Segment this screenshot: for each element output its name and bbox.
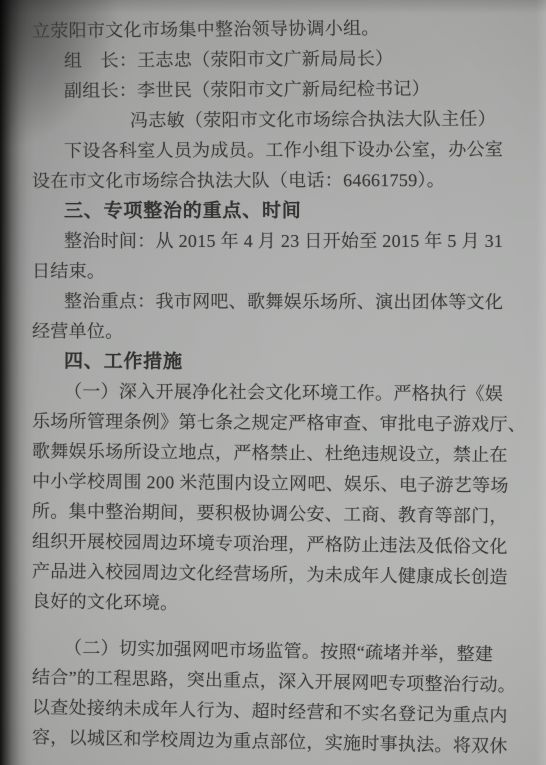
text-line: 经营单位。 bbox=[32, 316, 524, 348]
text-line: 良好的文化环境。 bbox=[32, 586, 524, 623]
text-line: （一）深入开展净化社会文化环境工作。严格执行《娱 bbox=[32, 376, 524, 409]
section-heading: 三、专项整治的重点、时间 bbox=[32, 195, 524, 226]
text-line: 日结束。 bbox=[32, 256, 524, 287]
text-line: 副组长：李世民（荥阳市文广新局纪检书记） bbox=[32, 73, 524, 106]
text-line: 下设各科室人员为成员。工作小组下设办公室，办公室 bbox=[32, 134, 524, 166]
text-line: 冯志敏（荥阳市文化市场综合执法大队主任） bbox=[32, 104, 524, 136]
text-line: 设在市文化市场综合执法大队（电话：64661759）。 bbox=[32, 165, 524, 196]
text-line: 乐场所管理条例》第七条之规定严格审查、审批电子游戏厅、 bbox=[32, 406, 524, 440]
text-line: 歌舞娱乐场所设立地点，严格禁止、杜绝违规设立，禁止在 bbox=[32, 436, 524, 470]
section-heading: 四、工作措施 bbox=[32, 346, 524, 378]
text-line: 组 长：王志忠（荥阳市文广新局局长） bbox=[32, 42, 524, 76]
document-text: 立荥阳市文化市场集中整治领导协调小组。组 长：王志忠（荥阳市文广新局局长）副组长… bbox=[32, 16, 524, 752]
page-edge-highlight bbox=[536, 0, 546, 765]
text-line: 整治时间：从 2015 年 4 月 23 日开始至 2015 年 5 月 31 bbox=[32, 226, 524, 256]
text-line: 立荥阳市文化市场集中整治领导协调小组。 bbox=[32, 12, 524, 46]
text-line: 中小学校周围 200 米范围内设立网吧、娱乐、电子游艺等场 bbox=[32, 466, 524, 501]
text-line: 整治重点：我市网吧、歌舞娱乐场所、演出团体等文化 bbox=[32, 286, 524, 317]
document-page: 立荥阳市文化市场集中整治领导协调小组。组 长：王志忠（荥阳市文广新局局长）副组长… bbox=[0, 0, 546, 765]
